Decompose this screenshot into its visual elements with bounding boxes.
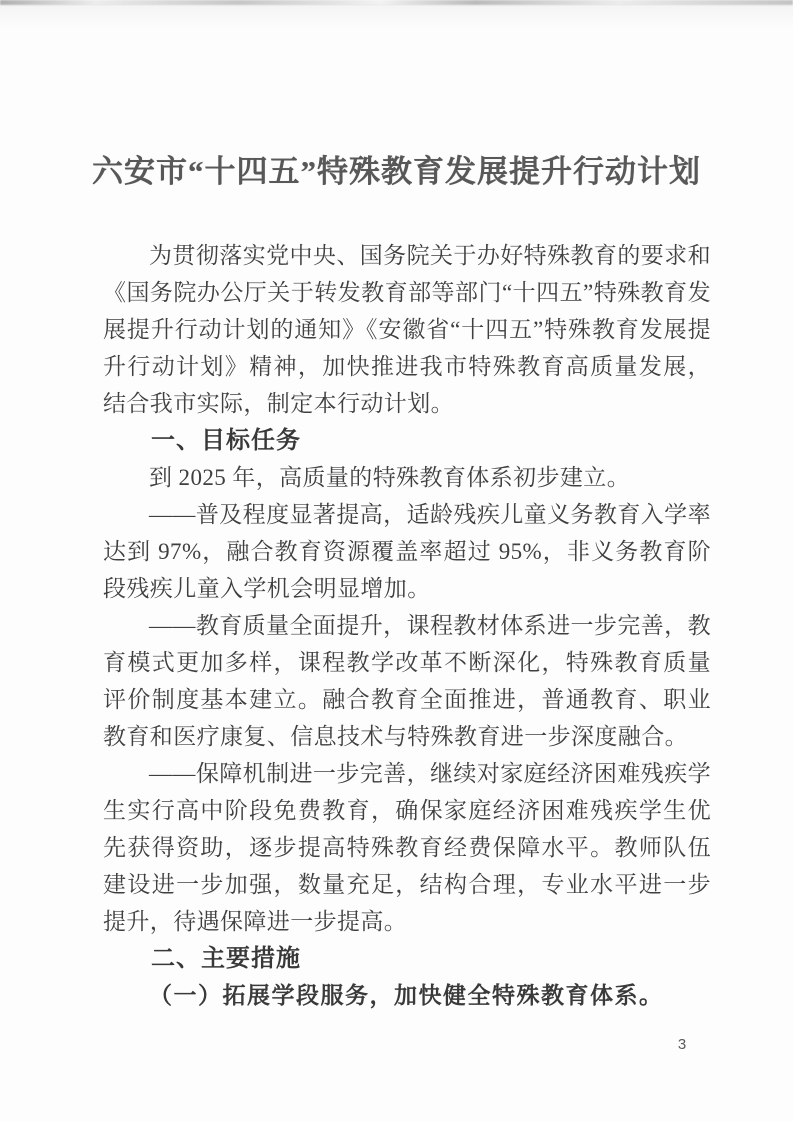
measure-1-heading: （一）拓展学段服务，加快健全特殊教育体系。 (103, 977, 711, 1014)
intro-paragraph: 为贯彻落实党中央、国务院关于办好特殊教育的要求和《国务院办公厅关于转发教育部等部… (103, 237, 711, 422)
scan-shadow-artifact (0, 4, 793, 30)
goal-overview-paragraph: 到 2025 年，高质量的特殊教育体系初步建立。 (103, 459, 711, 496)
section-heading-goals: 一、目标任务 (103, 422, 711, 459)
scanned-document-page: 六安市“十四五”特殊教育发展提升行动计划 为贯彻落实党中央、国务院关于办好特殊教… (0, 0, 793, 1121)
goal-item-coverage: ——普及程度显著提高，适龄残疾儿童义务教育入学率达到 97%，融合教育资源覆盖率… (103, 496, 711, 607)
page-number: 3 (672, 1036, 692, 1053)
goal-item-support: ——保障机制进一步完善，继续对家庭经济困难残疾学生实行高中阶段免费教育，确保家庭… (103, 755, 711, 940)
goal-item-quality: ——教育质量全面提升，课程教材体系进一步完善，教育模式更加多样，课程教学改革不断… (103, 607, 711, 755)
document-body: 为贯彻落实党中央、国务院关于办好特殊教育的要求和《国务院办公厅关于转发教育部等部… (103, 237, 711, 1014)
document-title: 六安市“十四五”特殊教育发展提升行动计划 (0, 153, 793, 191)
section-heading-measures: 二、主要措施 (103, 940, 711, 977)
